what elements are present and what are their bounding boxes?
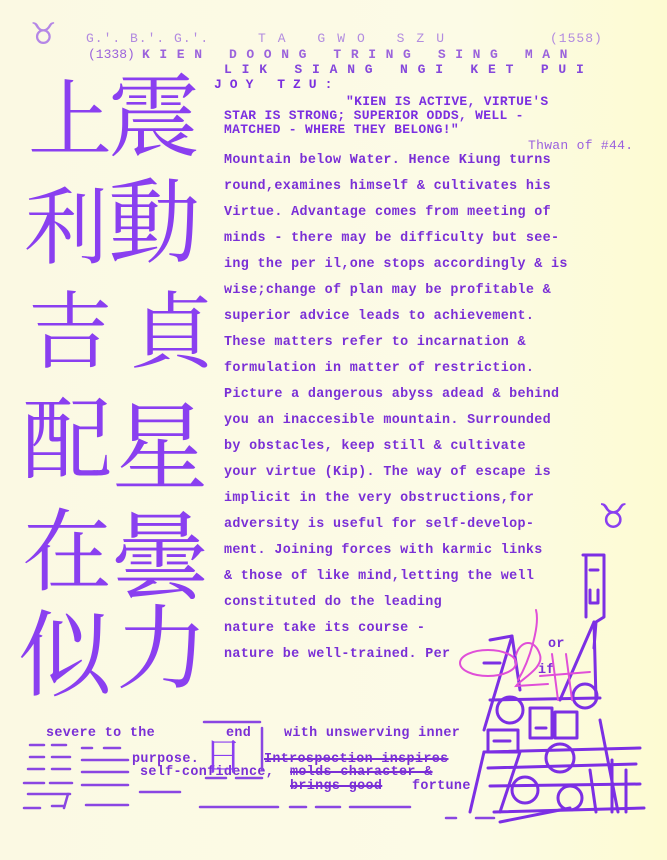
typed-document-page: ♉ G.'. B.'. G.'. TA GWO SZU (1558) (1338… — [0, 0, 667, 860]
hand-drawn-figure — [0, 0, 667, 860]
